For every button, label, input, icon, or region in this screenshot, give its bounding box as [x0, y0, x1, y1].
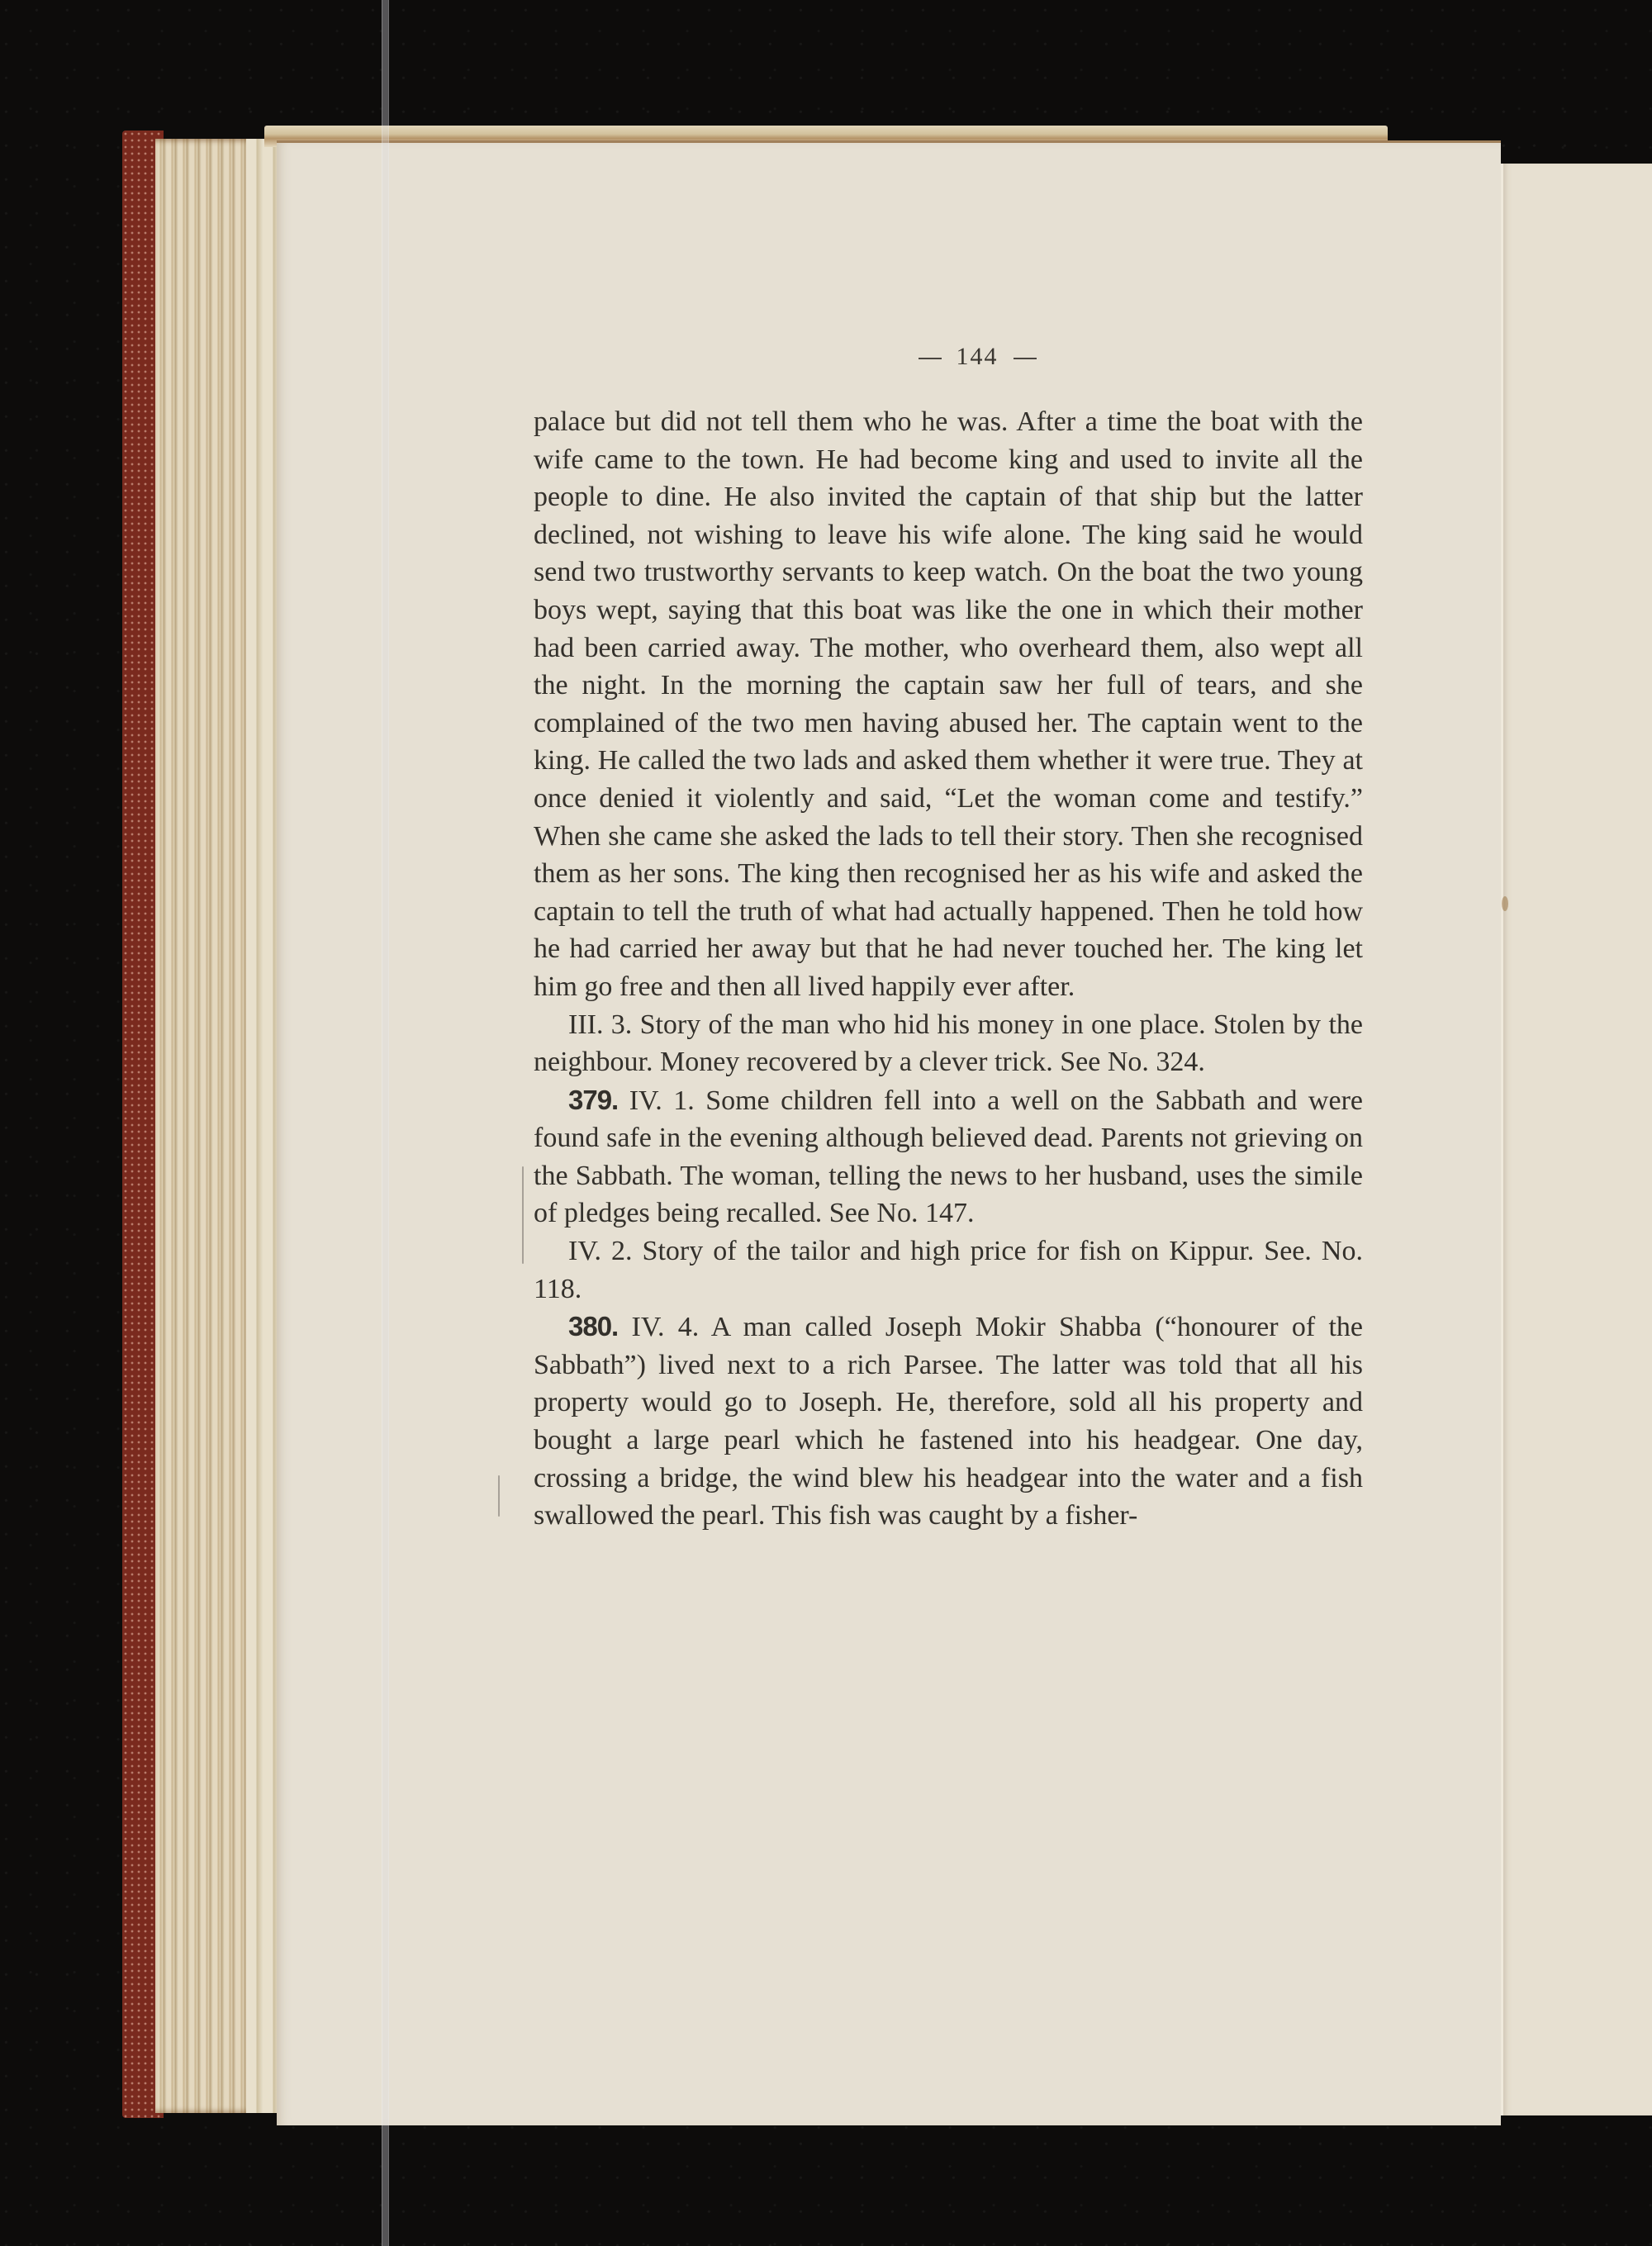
facing-page	[1501, 164, 1652, 2115]
entry-number: 380.	[568, 1311, 618, 1341]
paragraph: palace but did not tell them who he was.…	[534, 403, 1363, 1006]
paragraph: IV. 2. Story of the tailor and high pric…	[534, 1232, 1363, 1308]
body-text: palace but did not tell them who he was.…	[534, 403, 1363, 1535]
page-number-value: 144	[957, 343, 999, 370]
pencil-margin-mark	[522, 1166, 524, 1264]
dash-left	[919, 358, 942, 359]
entry-380: 380. IV. 4. A man called Joseph Mokir Sh…	[534, 1308, 1363, 1535]
entry-number: 379.	[568, 1085, 618, 1115]
pencil-margin-mark	[498, 1475, 500, 1517]
entry-379: 379. IV. 1. Some children fell into a we…	[534, 1081, 1363, 1232]
paragraph-text: IV. 1. Some children fell into a well on…	[534, 1085, 1363, 1229]
paragraph: III. 3. Story of the man who hid his mon…	[534, 1006, 1363, 1081]
page-number: 144	[0, 343, 1652, 371]
page-stack-edges	[155, 139, 279, 2113]
paragraph-text: palace but did not tell them who he was.…	[534, 406, 1363, 1002]
paragraph-text: III. 3. Story of the man who hid his mon…	[534, 1009, 1363, 1078]
paragraph-text: IV. 2. Story of the tailor and high pric…	[534, 1236, 1363, 1304]
foxing-spot	[1502, 896, 1508, 911]
mylar-support-strip	[382, 0, 389, 2246]
paragraph-text: IV. 4. A man called Joseph Mokir Shabba …	[534, 1312, 1363, 1531]
page-stack-inner-edges	[246, 139, 279, 2113]
dash-right	[1014, 358, 1037, 359]
